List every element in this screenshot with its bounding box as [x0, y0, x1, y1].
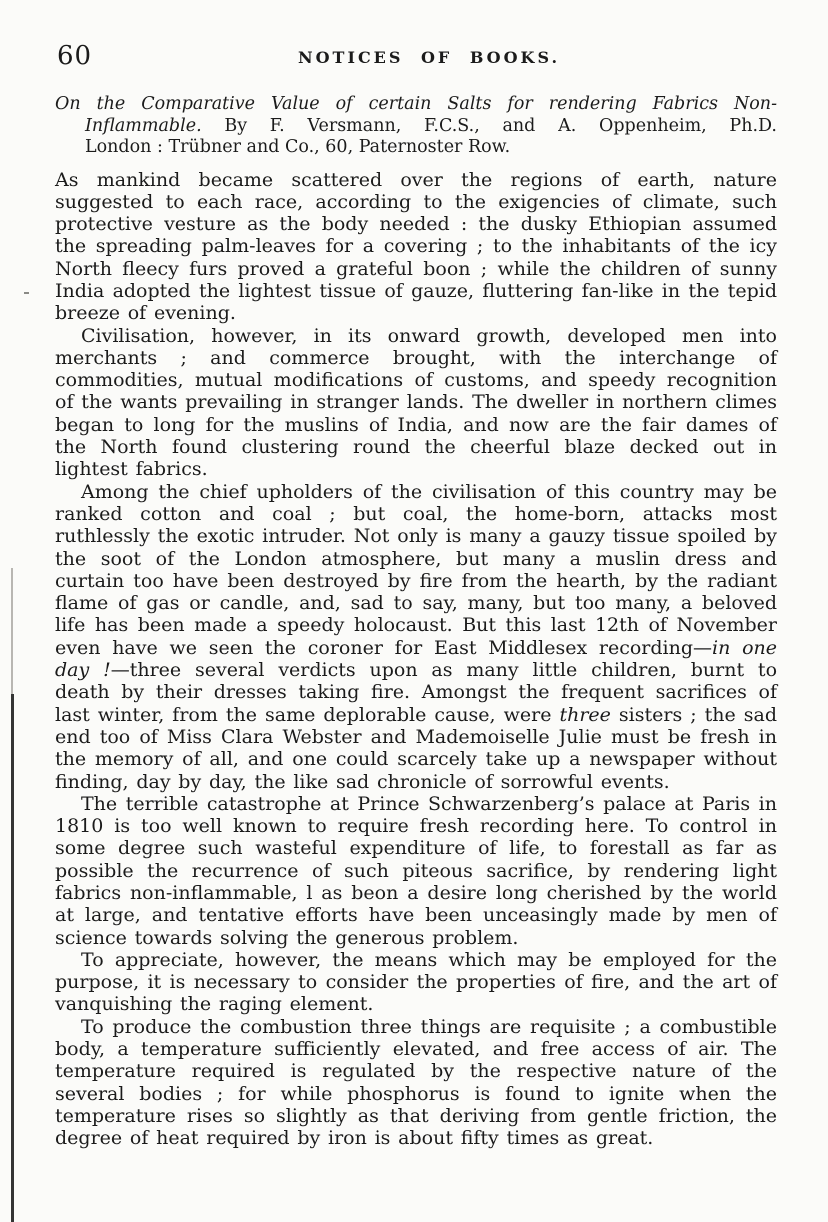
body-paragraph: As mankind became scattered over the reg… [55, 169, 777, 325]
body-paragraph: Among the chief upholders of the civilis… [55, 481, 777, 793]
text-column: On the Comparative Value of certain Salt… [55, 94, 777, 1150]
italic-text-run: Inflammable. [85, 116, 202, 136]
body-paragraph: To produce the combustion three things a… [55, 1016, 777, 1150]
text-run: To appreciate, however, the means which … [55, 949, 777, 1016]
book-citation: On the Comparative Value of certain Salt… [55, 94, 777, 159]
text-run: By F. Versmann, F.C.S., and A. Oppenheim… [202, 116, 777, 136]
text-run: Civilisation, however, in its onward gro… [55, 325, 777, 481]
text-run: To produce the combustion three things a… [55, 1016, 777, 1149]
text-run: London : Trübner and Co., 60, Paternoste… [85, 137, 510, 157]
text-run: The terrible catastrophe at Prince Schwa… [55, 793, 777, 949]
page-header: 60 NOTICES OF BOOKS. [0, 0, 828, 90]
italic-text-run: three [559, 704, 610, 726]
citation-line: London : Trübner and Co., 60, Paternoste… [55, 137, 777, 159]
italic-text-run: On the Comparative Value of certain Salt… [55, 94, 777, 114]
text-run: Among the chief upholders of the civilis… [55, 481, 777, 659]
citation-line: On the Comparative Value of certain Salt… [55, 94, 777, 116]
scan-speck-artifact [24, 292, 29, 294]
body-paragraph: Civilisation, however, in its onward gro… [55, 325, 777, 481]
scan-edge-artifact [11, 568, 13, 694]
body-paragraph: The terrible catastrophe at Prince Schwa… [55, 793, 777, 949]
running-title: NOTICES OF BOOKS. [30, 48, 828, 67]
text-run: As mankind became scattered over the reg… [55, 169, 777, 325]
scanned-page: 60 NOTICES OF BOOKS. On the Comparative … [0, 0, 828, 1222]
citation-line: Inflammable. By F. Versmann, F.C.S., and… [55, 116, 777, 138]
body-paragraph: To appreciate, however, the means which … [55, 949, 777, 1016]
scan-edge-artifact [11, 694, 14, 1222]
